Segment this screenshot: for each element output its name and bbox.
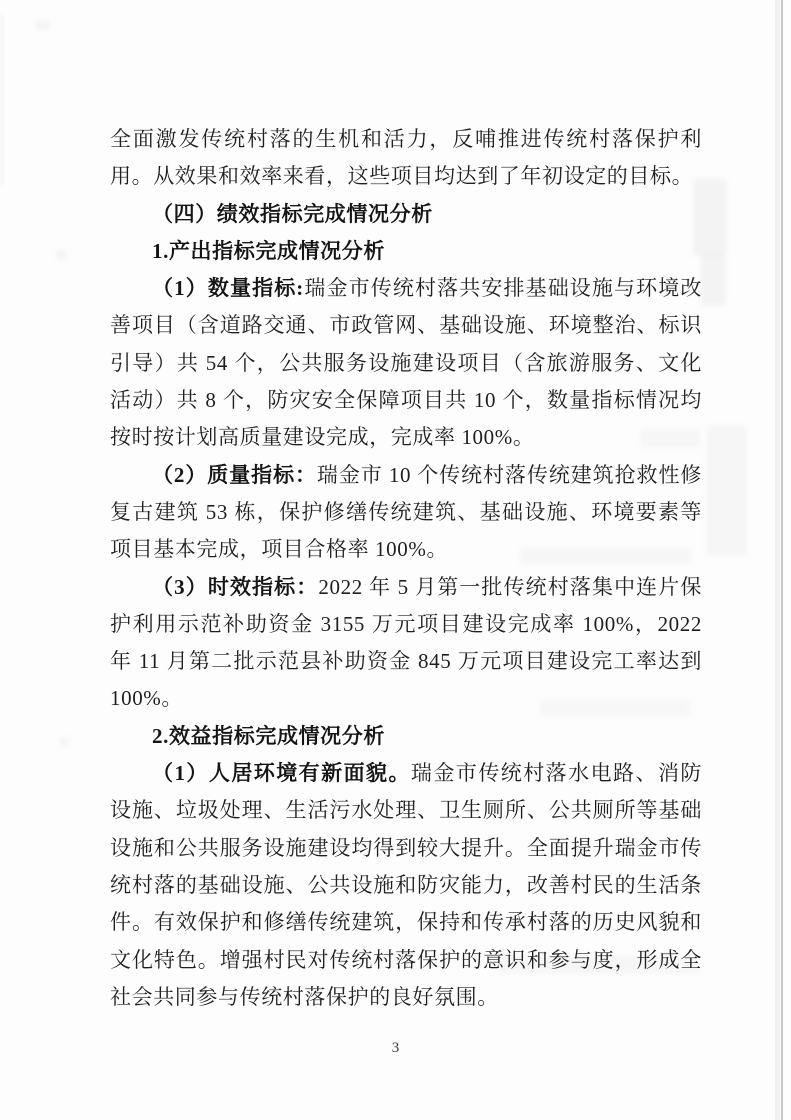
- page-number: 3: [0, 1040, 791, 1057]
- paragraph-bold-label: （2）质量指标：: [152, 463, 317, 487]
- paragraph-quality-indicator: （2）质量指标：瑞金市 10 个传统村落传统建筑抢救性修复古建筑 53 栋，保护…: [110, 457, 702, 569]
- scan-left-edge-artifact: [0, 15, 4, 185]
- heading-benefit-indicators: 2.效益指标完成情况分析: [110, 718, 702, 755]
- paragraph-continuation: 全面激发传统村落的生机和活力，反哺推进传统村落保护利用。从效果和效率来看，这些项…: [110, 121, 702, 196]
- ink-speck: [60, 737, 69, 746]
- ink-speck: [36, 20, 50, 30]
- heading-label: 2.效益指标完成情况分析: [152, 724, 385, 748]
- document-body: 全面激发传统村落的生机和活力，反哺推进传统村落保护利用。从效果和效率来看，这些项…: [110, 121, 702, 1016]
- paragraph-living-environment: （1）人居环境有新面貌。瑞金市传统村落水电路、消防设施、垃圾处理、生活污水处理、…: [110, 755, 702, 1016]
- ink-speck: [56, 250, 66, 260]
- paragraph-bold-label: （1）数量指标:: [152, 276, 304, 300]
- heading-label: 1.产出指标完成情况分析: [152, 239, 385, 263]
- paragraph-timeliness-indicator: （3）时效指标：2022 年 5 月第一批传统村落集中连片保护利用示范补助资金 …: [110, 569, 702, 718]
- paragraph-quantity-indicator: （1）数量指标:瑞金市传统村落共安排基础设施与环境改善项目（含道路交通、市政管网…: [110, 270, 702, 456]
- scan-edge-shadow: [775, 0, 780, 1120]
- paragraph-text: 瑞金市传统村落水电路、消防设施、垃圾处理、生活污水处理、卫生厕所、公共厕所等基础…: [110, 761, 702, 1009]
- paragraph-bold-label: （3）时效指标：: [152, 575, 318, 599]
- scan-edge-line: [781, 0, 783, 1120]
- heading-section-four: （四）绩效指标完成情况分析: [110, 196, 702, 233]
- scanned-document-page: 全面激发传统村落的生机和活力，反哺推进传统村落保护利用。从效果和效率来看，这些项…: [0, 0, 791, 1120]
- paragraph-text: 瑞金市传统村落共安排基础设施与环境改善项目（含道路交通、市政管网、基础设施、环境…: [110, 276, 702, 449]
- heading-label: （四）绩效指标完成情况分析: [152, 202, 433, 226]
- paragraph-text: 全面激发传统村落的生机和活力，反哺推进传统村落保护利用。从效果和效率来看，这些项…: [110, 127, 702, 188]
- paragraph-bold-label: （1）人居环境有新面貌。: [152, 761, 411, 785]
- ink-bleed-smudge: [706, 425, 746, 555]
- ink-bleed-smudge: [700, 255, 726, 305]
- heading-output-indicators: 1.产出指标完成情况分析: [110, 233, 702, 270]
